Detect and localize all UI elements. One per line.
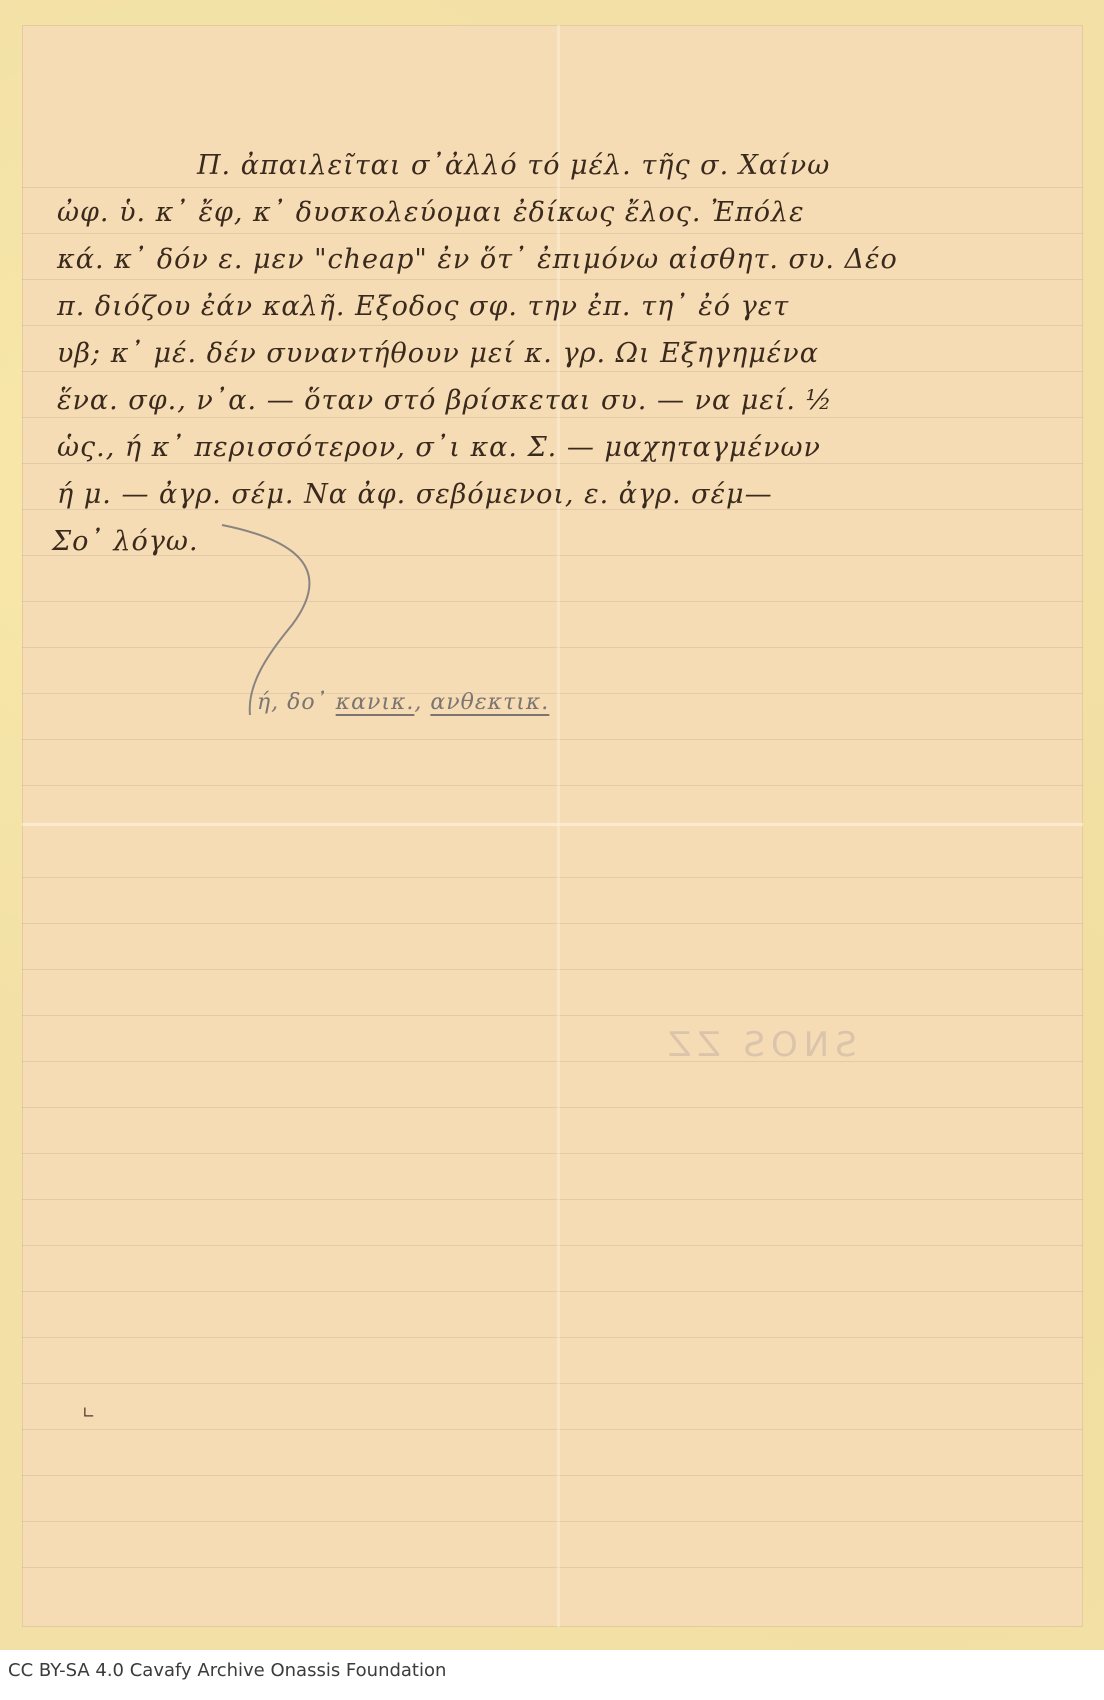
ruled-line xyxy=(22,923,1083,924)
scan-background: Π. ἀπαιλεῖται σ᾽ἀλλό τό μέλ. τῆς σ. Χαίν… xyxy=(0,0,1104,1650)
ruled-line xyxy=(22,1153,1083,1154)
ruled-line xyxy=(22,1199,1083,1200)
ruled-line xyxy=(22,1291,1083,1292)
ink-speck: ∟ xyxy=(82,1403,95,1422)
pencil-prefix: ή, δο᾽ xyxy=(257,690,328,715)
ruled-line xyxy=(22,1567,1083,1568)
pencil-word-2: ανθεκτικ. xyxy=(430,690,549,715)
ruled-line xyxy=(22,969,1083,970)
ruled-line xyxy=(22,1521,1083,1522)
pencil-word-1: κανικ. xyxy=(336,690,415,715)
ruled-line xyxy=(22,1337,1083,1338)
ruled-line xyxy=(22,1107,1083,1108)
manuscript-paper: Π. ἀπαιλεῖται σ᾽ἀλλό τό μέλ. τῆς σ. Χαίν… xyxy=(22,25,1083,1627)
ruled-line xyxy=(22,1061,1083,1062)
ruled-line xyxy=(22,1475,1083,1476)
pencil-annotation: ή, δο᾽ κανικ., ανθεκτικ. xyxy=(257,690,549,715)
ruled-line xyxy=(22,877,1083,878)
show-through-text: SNOS ZZ xyxy=(662,1025,857,1065)
ruled-line xyxy=(22,1015,1083,1016)
pencil-curve xyxy=(22,25,1083,825)
license-footer: CC BY-SA 4.0 Cavafy Archive Onassis Foun… xyxy=(8,1660,446,1681)
ruled-line xyxy=(22,1429,1083,1430)
ruled-line xyxy=(22,1245,1083,1246)
ruled-line xyxy=(22,1383,1083,1384)
